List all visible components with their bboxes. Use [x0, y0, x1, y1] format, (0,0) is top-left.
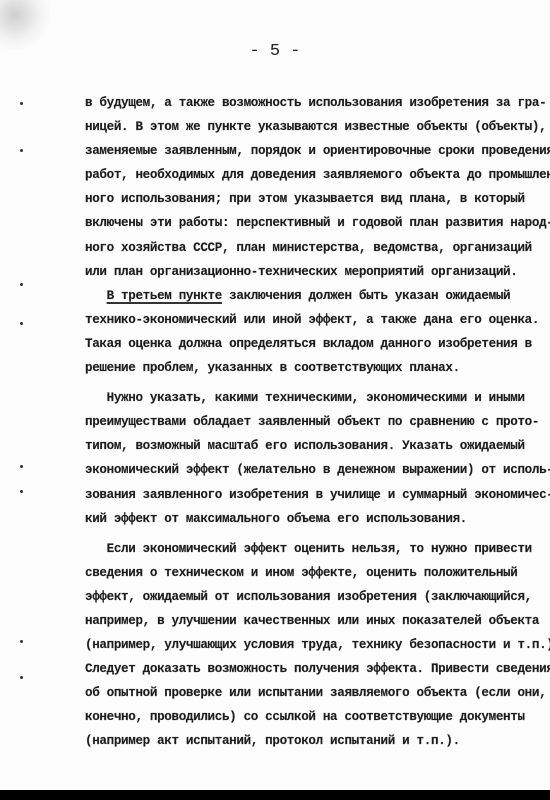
- text-line: решение проблем, указанных в соответству…: [85, 356, 540, 380]
- paragraph-2: В третьем пункте заключения должен быть …: [85, 284, 540, 380]
- margin-mark: [20, 465, 23, 468]
- text-line: экономический эффект (желательно в денеж…: [85, 458, 540, 482]
- page-number: - 5 -: [0, 42, 550, 61]
- text-line: Если экономический эффект оценить нельзя…: [85, 537, 540, 561]
- text-line: В третьем пункте заключения должен быть …: [85, 284, 540, 308]
- paragraph-4: Если экономический эффект оценить нельзя…: [85, 537, 540, 754]
- margin-mark: [20, 676, 23, 679]
- text-line: Нужно указать, какими техническими, экон…: [85, 386, 540, 410]
- margin-mark: [20, 102, 23, 105]
- text-line: Следует доказать возможность получения э…: [85, 657, 540, 681]
- text-line: заменяемые заявленным, порядок и ориенти…: [85, 139, 540, 163]
- text-line: ного использования; при этом указывается…: [85, 187, 540, 211]
- text-line: зования заявленного изобретения в училищ…: [85, 483, 540, 507]
- margin-mark: [20, 640, 23, 643]
- text-line: (например, улучшающих условия труда, тех…: [85, 633, 540, 657]
- text-line: включены эти работы: перспективный и год…: [85, 211, 540, 235]
- text-line: конечно, проводились) со ссылкой на соот…: [85, 705, 540, 729]
- margin-mark: [20, 283, 23, 286]
- text-line: (например акт испытаний, протокол испыта…: [85, 729, 540, 753]
- text-line: сведения о техническом и ином эффекте, о…: [85, 561, 540, 585]
- text-line: преимуществами обладает заявленный объек…: [85, 410, 540, 434]
- text-line: технико-экономический или иной эффект, а…: [85, 308, 540, 332]
- margin-mark: [20, 322, 23, 325]
- text-line: или план организационно-технических меро…: [85, 260, 540, 284]
- text-line: эффект, ожидаемый от использования изобр…: [85, 585, 540, 609]
- underlined-heading: В третьем пункте: [107, 289, 222, 303]
- paragraph-1: в будущем, а также возможность использов…: [85, 91, 540, 284]
- margin-mark: [20, 490, 23, 493]
- text-line: в будущем, а также возможность использов…: [85, 91, 540, 115]
- body-text: в будущем, а также возможность использов…: [85, 91, 540, 754]
- paragraph-3: Нужно указать, какими техническими, экон…: [85, 386, 540, 531]
- margin-mark: [20, 149, 23, 152]
- text-line: ницей. В этом же пункте указываются изве…: [85, 115, 540, 139]
- text-line: работ, необходимых для доведения заявляе…: [85, 163, 540, 187]
- text-line: типом, возможный масштаб его использован…: [85, 434, 540, 458]
- text-line: ного хозяйства СССР, план министерства, …: [85, 236, 540, 260]
- text-line: Такая оценка должна определяться вкладом…: [85, 332, 540, 356]
- document-page: - 5 - в будущем, а также возможность исп…: [0, 0, 550, 790]
- text-line: об опытной проверке или испытании заявля…: [85, 681, 540, 705]
- text-line: например, в улучшении качественных или и…: [85, 609, 540, 633]
- text-line-rest: заключения должен быть указан ожидаемый: [222, 289, 510, 303]
- scan-border: [0, 790, 550, 800]
- text-line: кий эффект от максимального объема его и…: [85, 507, 540, 531]
